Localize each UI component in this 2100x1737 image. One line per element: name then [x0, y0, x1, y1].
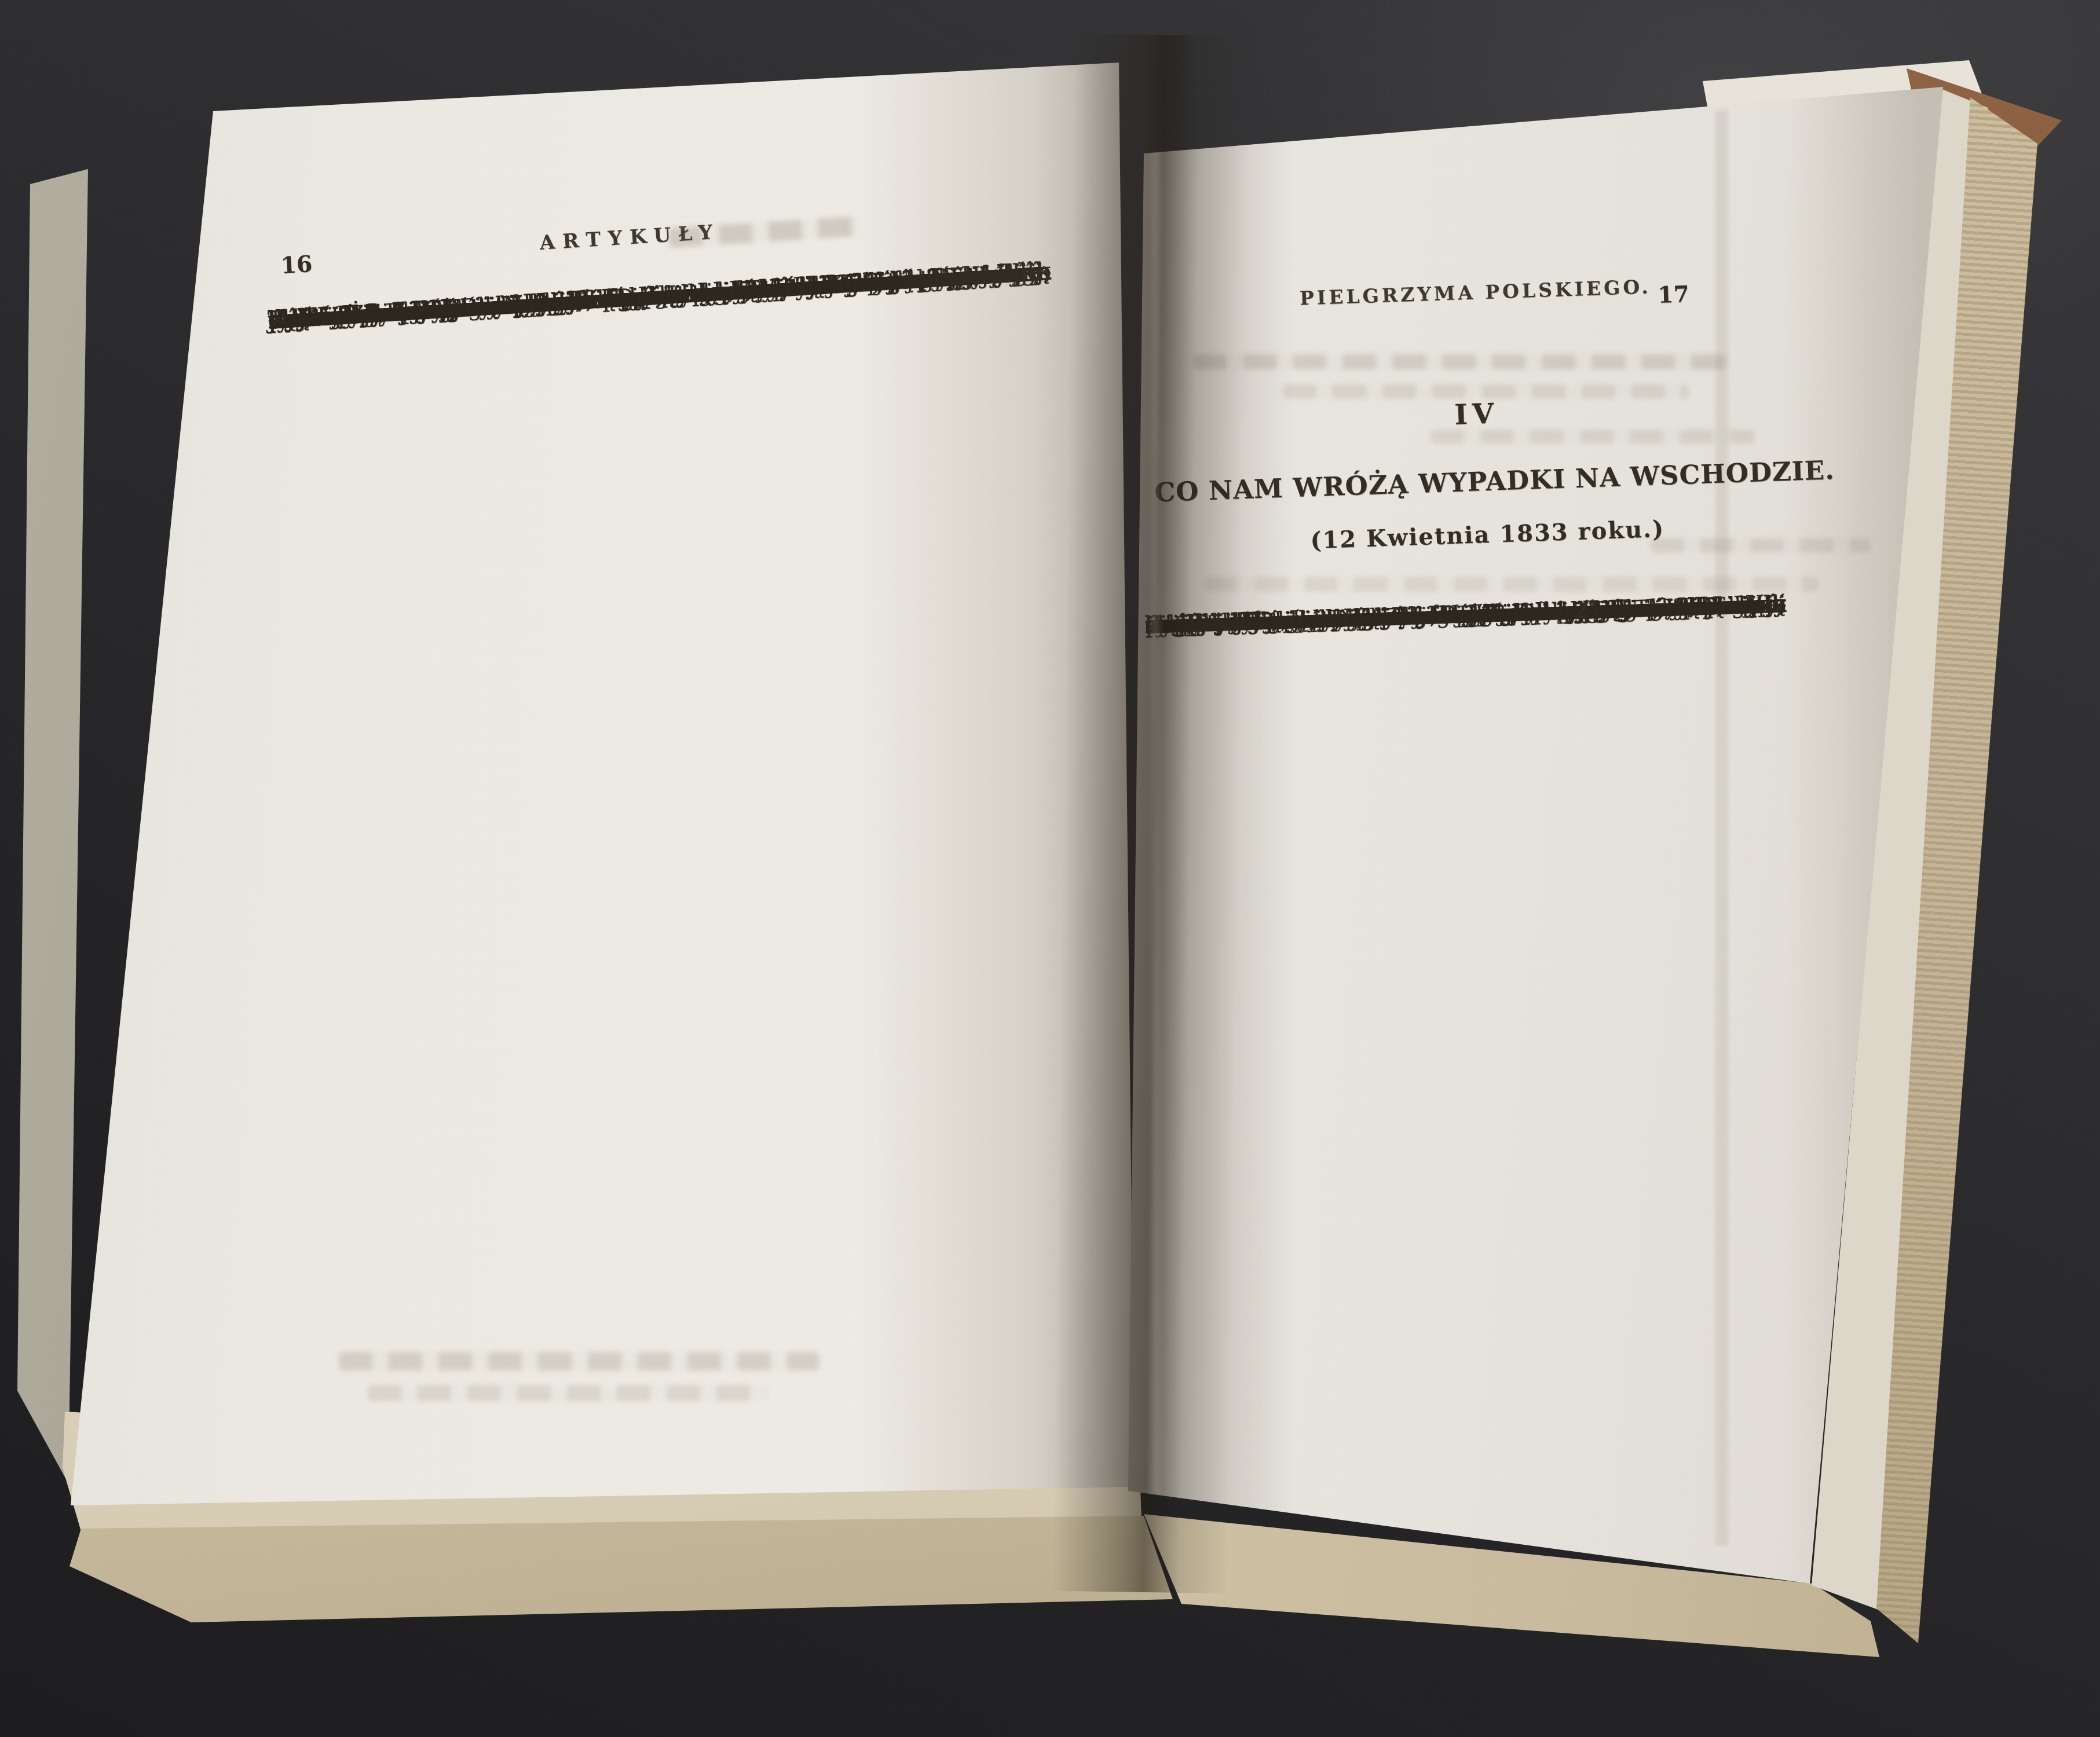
right-running-head: PIELGRZYMA POLSKIEGO.	[1299, 275, 1651, 309]
book-gutter-shadow	[1052, 34, 1250, 1593]
ghost-bleed-smudge	[668, 216, 860, 248]
left-page-number: 16	[280, 251, 313, 279]
ghost-bleed-line	[339, 1352, 819, 1370]
ghost-bleed-line	[368, 1385, 767, 1401]
photo-of-open-book: 16 ARTYKUŁY kościelnych, szanując to co …	[0, 0, 2100, 1737]
right-page-number: 17	[1658, 281, 1690, 309]
